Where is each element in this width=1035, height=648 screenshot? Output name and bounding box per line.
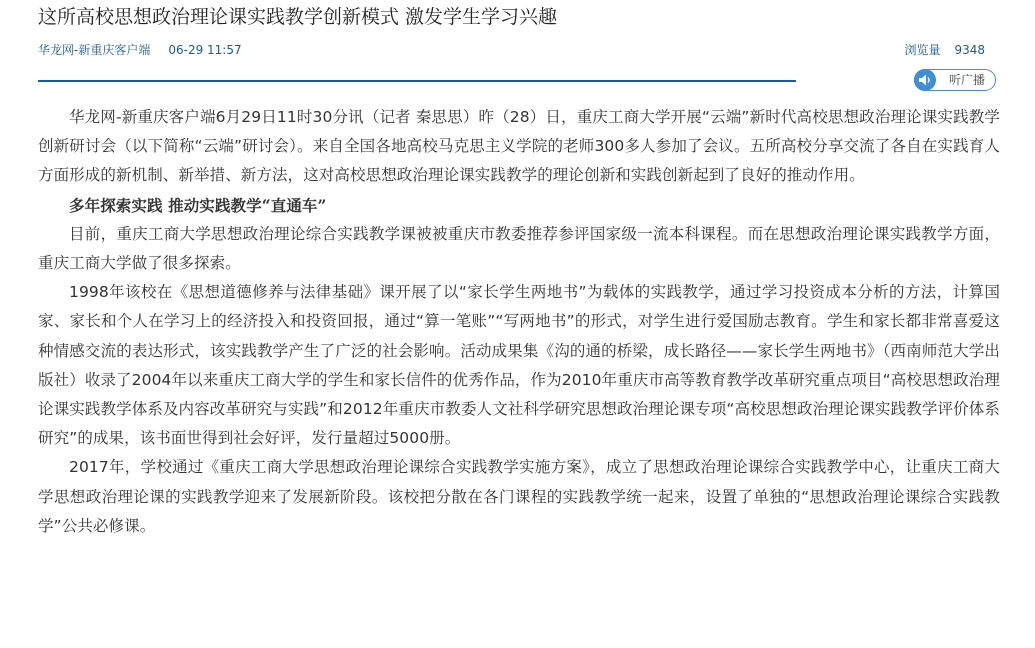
article-body: 华龙网-新重庆客户端6月29日11时30分讯（记者 秦思思）昨（28）日，重庆工… [38, 103, 1000, 541]
views-count: 9348 [954, 43, 985, 57]
publish-time: 06-29 11:57 [168, 43, 241, 57]
article-title: 这所高校思想政治理论课实践教学创新模式 激发学生学习兴趣 [38, 4, 557, 30]
paragraph-intro: 华龙网-新重庆客户端6月29日11时30分讯（记者 秦思思）昨（28）日，重庆工… [38, 103, 1000, 191]
view-counter: 浏览量9348 [904, 41, 985, 59]
paragraph-history-1998: 1998年该校在《思想道德修养与法律基础》课开展了以“家长学生两地书”为载体的实… [38, 278, 1000, 453]
paragraph-current-status: 目前，重庆工商大学思想政治理论综合实践教学课被被重庆市教委推荐参评国家级一流本科… [38, 220, 1000, 278]
broadcast-label: 听广播 [949, 72, 985, 88]
speaker-icon [914, 69, 936, 91]
section-subheading: 多年探索实践 推动实践教学“直通车” [38, 191, 1000, 220]
article-meta: 华龙网-新重庆客户端06-29 11:57 [38, 41, 242, 59]
views-label: 浏览量 [904, 43, 940, 57]
article-source[interactable]: 华龙网-新重庆客户端 [38, 43, 150, 57]
header-divider [38, 80, 796, 82]
listen-broadcast-button[interactable]: 听广播 [914, 69, 996, 91]
paragraph-2017: 2017年，学校通过《重庆工商大学思想政治理论课综合实践教学实施方案》，成立了思… [38, 453, 1000, 541]
